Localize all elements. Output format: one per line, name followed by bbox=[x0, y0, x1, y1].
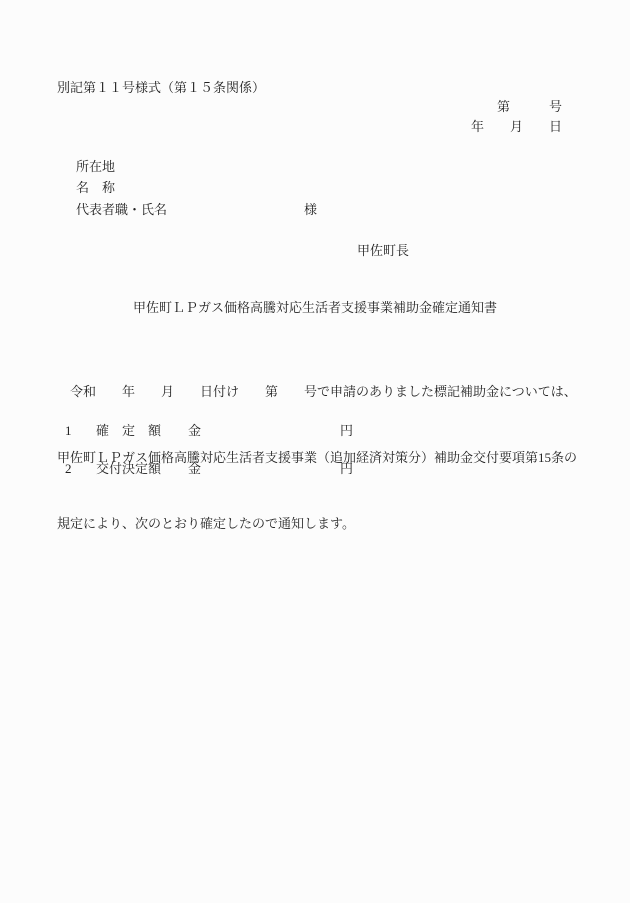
body-paragraph-line: 令和 年 月 日付け 第 号で申請のありました標記補助金については、 bbox=[57, 381, 597, 403]
amount-prefix: 金 bbox=[188, 424, 201, 437]
form-number: 別記第１１号様式（第１５条関係） bbox=[57, 81, 265, 94]
amount-prefix: 金 bbox=[188, 462, 201, 475]
item-label: 確 定 額 bbox=[96, 424, 161, 437]
date-line: 年 月 日 bbox=[471, 120, 562, 133]
doc-number-line: 第 号 bbox=[497, 100, 562, 113]
document-title: 甲佐町ＬＰガス価格高騰対応生活者支援事業補助金確定通知書 bbox=[0, 301, 630, 314]
item-row-confirmed-amount: 1 確 定 額 金 円 bbox=[0, 424, 630, 440]
item-number: 2 bbox=[65, 462, 72, 475]
recipient-name-label: 名 称 bbox=[76, 181, 115, 194]
sender-mayor-title: 甲佐町長 bbox=[357, 244, 409, 257]
body-paragraph-line: 規定により、次のとおり確定したので通知します。 bbox=[57, 513, 597, 535]
honorific-label: 様 bbox=[304, 203, 317, 216]
item-row-grant-decision-amount: 2 交付決定額 金 円 bbox=[0, 462, 630, 478]
recipient-representative-label: 代表者職・氏名 bbox=[76, 203, 167, 216]
recipient-address-label: 所在地 bbox=[76, 160, 115, 173]
amount-unit: 円 bbox=[340, 424, 353, 437]
item-number: 1 bbox=[65, 424, 72, 437]
amount-unit: 円 bbox=[340, 462, 353, 475]
notice-document-page: 別記第１１号様式（第１５条関係） 第 号 年 月 日 所在地 名 称 代表者職・… bbox=[0, 0, 630, 903]
body-paragraph: 令和 年 月 日付け 第 号で申請のありました標記補助金については、 甲佐町ＬＰ… bbox=[57, 337, 597, 579]
item-label: 交付決定額 bbox=[96, 462, 161, 475]
